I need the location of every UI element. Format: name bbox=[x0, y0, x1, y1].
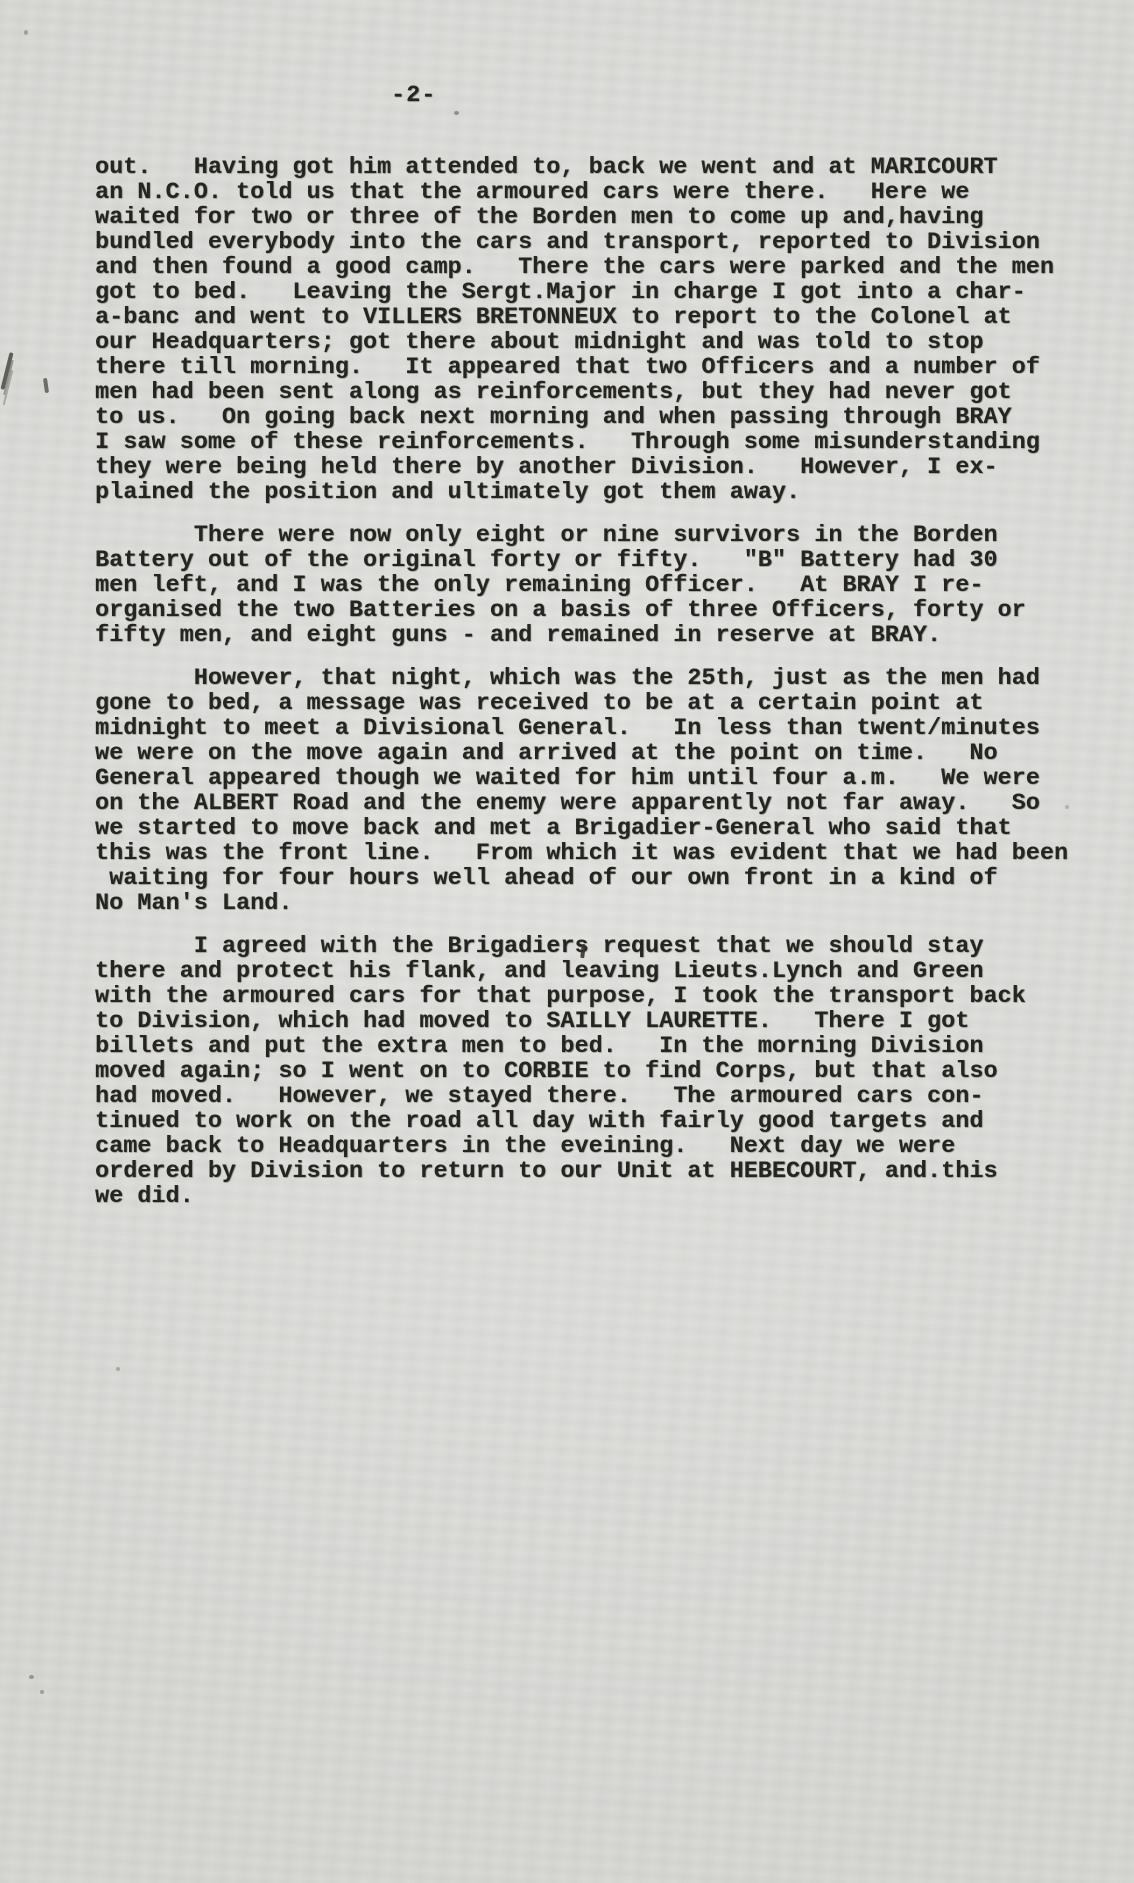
page-number: -2- bbox=[391, 83, 436, 108]
paragraph-brigadiers-request: I agreed with the Brigadiers request tha… bbox=[95, 934, 1107, 1209]
scan-speck bbox=[24, 30, 28, 35]
scan-speck bbox=[40, 1690, 44, 1694]
scan-speck bbox=[116, 1367, 120, 1371]
paragraph-maricourt: out. Having got him attended to, back we… bbox=[95, 155, 1107, 505]
scan-speck bbox=[454, 111, 459, 115]
ink-scratch-left-small bbox=[43, 378, 49, 393]
scan-speck bbox=[29, 1675, 34, 1679]
document-body: out. Having got him attended to, back we… bbox=[95, 155, 1107, 1227]
scan-speck bbox=[1065, 805, 1069, 809]
paragraph-night-25th: However, that night, which was the 25th,… bbox=[95, 666, 1107, 916]
paragraph-survivors: There were now only eight or nine surviv… bbox=[95, 523, 1107, 648]
scanned-page: -2- out. Having got him attended to, bac… bbox=[0, 0, 1134, 1883]
ink-scratch-left bbox=[0, 352, 13, 390]
